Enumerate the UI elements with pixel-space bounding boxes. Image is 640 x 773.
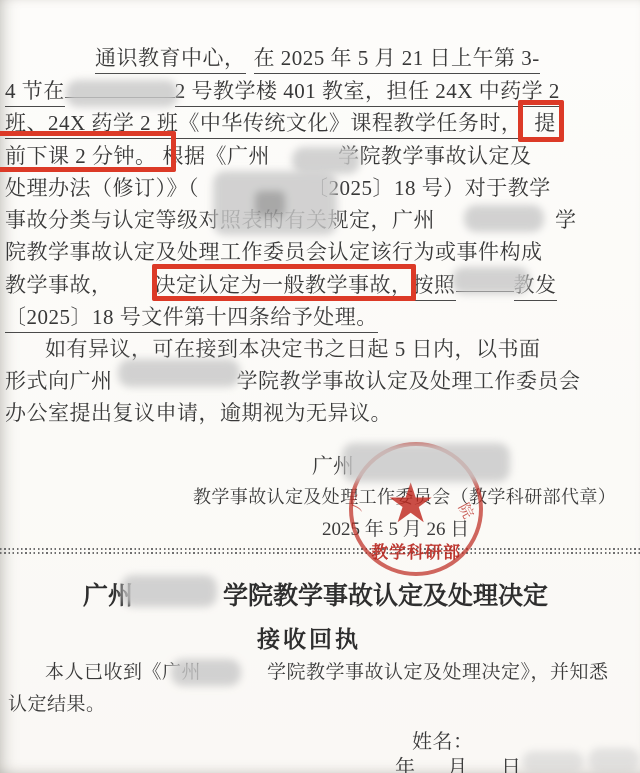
redaction-blur-name	[66, 80, 178, 107]
decision-line-7: 院教学事故认定及处理工作委员会认定该行为或事件构成	[5, 240, 543, 264]
cut-line	[0, 548, 640, 550]
incident-text: 2 号教学楼 401 教室，担任 24X 中药学 2	[175, 79, 560, 107]
redaction-blur-school	[292, 147, 360, 174]
handling-clause-filled: 〔2025〕18 号文件第十四条给予处理。	[5, 305, 378, 333]
cut-line	[0, 552, 640, 554]
redaction-blur-bottom	[522, 751, 584, 773]
redaction-blur-docnum	[452, 267, 530, 294]
incident-datetime-filled: 在 2025 年 5 月 21 日上午第 3-	[254, 46, 540, 74]
body-text: 根据《广州	[163, 144, 271, 168]
redaction-blur-title	[121, 575, 217, 607]
highlight-box-grade	[152, 264, 416, 301]
receipt-title-line2: 接收回执	[257, 621, 361, 654]
body-text: 学院教学事故认定及处理工作委员会	[237, 369, 581, 393]
redaction-blur-bottom	[588, 748, 640, 773]
receipt-date-field: 年月日	[395, 757, 522, 773]
seal-star-icon: ★	[386, 476, 435, 531]
receipt-title-suffix: 学院教学事故认定及处理决定	[223, 583, 548, 610]
decision-line-9: 〔2025〕18 号文件第十四条给予处理。	[5, 305, 378, 329]
redaction-blur-school	[464, 205, 544, 232]
redaction-blur-school	[118, 359, 240, 387]
name-label: 姓名：	[412, 731, 474, 753]
receipt-name-field: 姓名：	[412, 731, 474, 754]
decision-line-12: 办公室提出复议申请，逾期视为无异议。	[5, 401, 392, 425]
body-text: 院教学事故认定及处理工作委员会认定该行为或事件构成	[5, 240, 543, 264]
redaction-dark-mark	[255, 191, 285, 217]
body-text: 形式向广州	[5, 369, 113, 393]
body-text: 教学事故，	[5, 273, 113, 297]
body-text: 学	[555, 208, 577, 232]
body-text: 〔2025〕18 号）对于教学	[307, 176, 551, 200]
body-text: 办公室提出复议申请，逾期视为无异议。	[5, 401, 392, 425]
receipt-text: 学院教学事故认定及处理决定》，并知悉	[267, 662, 609, 683]
highlight-box-ti	[518, 100, 564, 142]
redaction-blur-receipt	[171, 659, 241, 686]
day-label: 日	[501, 757, 522, 773]
body-text: 处理办法（修订）》（	[5, 176, 199, 200]
receipt-text: 认定结果。	[8, 694, 106, 715]
highlight-box-early-dismissal	[0, 131, 176, 172]
document-page: 通识教育中心，在 2025 年 5 月 21 日上午第 3- 4 节在2 号教学…	[0, 0, 640, 773]
redaction-blur-docnum	[213, 171, 337, 235]
receipt-body-line1: 本人已收到《广州学院教学事故认定及处理决定》，并知悉	[45, 662, 609, 684]
dept-name-filled: 通识教育中心，	[95, 46, 246, 74]
seal-department-text: 教学科研部	[371, 538, 461, 563]
body-text: 如有异议，可在接到本决定书之日起 5 日内，以书面	[45, 337, 541, 361]
month-label: 月	[448, 757, 469, 773]
receipt-body-line2: 认定结果。	[8, 694, 106, 716]
redaction-blur-signature	[342, 443, 510, 482]
body-text: 学院教学事故认定及	[338, 144, 532, 168]
incident-text: 4 节在	[5, 79, 65, 107]
decision-line-1: 通识教育中心，在 2025 年 5 月 21 日上午第 3-	[95, 46, 540, 70]
decision-line-11: 形式向广州学院教学事故认定及处理工作委员会	[5, 369, 581, 393]
year-label: 年	[395, 757, 416, 773]
receipt-subtitle: 接收回执	[257, 627, 361, 652]
decision-line-10: 如有异议，可在接到本决定书之日起 5 日内，以书面	[45, 337, 541, 361]
